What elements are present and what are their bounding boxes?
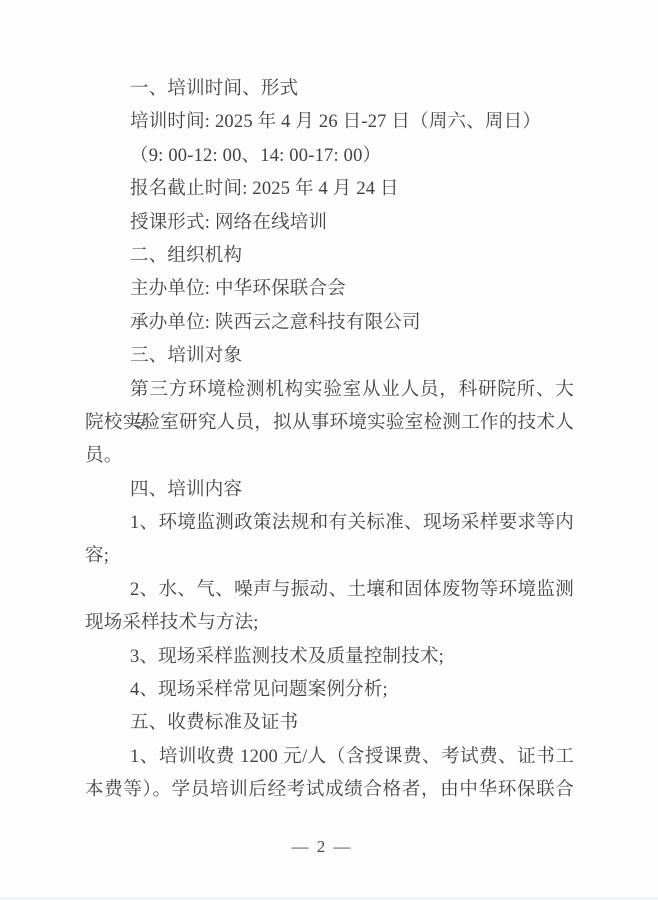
text-line: 五、收费标准及证书 (85, 707, 574, 740)
text-line: 三、培训对象 (85, 340, 574, 373)
text-line: 1、培训收费 1200 元/人（含授课费、考试费、证书工 (85, 741, 574, 774)
text-line: 培训时间: 2025 年 4 月 26 日-27 日（周六、周日） (85, 106, 574, 139)
document-body: 一、培训时间、形式培训时间: 2025 年 4 月 26 日-27 日（周六、周… (85, 73, 574, 808)
text-line: 院校实验室研究人员，拟从事环境实验室检测工作的技术人 (85, 407, 574, 440)
text-line: 本费等）。学员培训后经考试成绩合格者，由中华环保联合 (85, 774, 574, 807)
text-line: （9: 00-12: 00、14: 00-17: 00） (85, 140, 574, 173)
text-line: 现场采样技术与方法; (85, 607, 574, 640)
text-line: 授课形式: 网络在线培训 (85, 207, 574, 240)
text-line: 承办单位: 陕西云之意科技有限公司 (85, 307, 574, 340)
text-line: 二、组织机构 (85, 240, 574, 273)
text-line: 第三方环境检测机构实验室从业人员，科研院所、大专 (85, 374, 574, 407)
page-number: — 2 — (0, 836, 644, 858)
text-line: 4、现场采样常见问题案例分析; (85, 674, 574, 707)
text-line: 一、培训时间、形式 (85, 73, 574, 106)
text-line: 四、培训内容 (85, 474, 574, 507)
document-page: 一、培训时间、形式培训时间: 2025 年 4 月 26 日-27 日（周六、周… (0, 0, 658, 900)
text-line: 3、现场采样监测技术及质量控制技术; (85, 641, 574, 674)
text-line: 员。 (85, 440, 574, 473)
text-line: 容; (85, 540, 574, 573)
text-line: 1、环境监测政策法规和有关标准、现场采样要求等内 (85, 507, 574, 540)
text-line: 2、水、气、噪声与振动、土壤和固体废物等环境监测 (85, 574, 574, 607)
text-line: 报名截止时间: 2025 年 4 月 24 日 (85, 173, 574, 206)
text-line: 主办单位: 中华环保联合会 (85, 273, 574, 306)
